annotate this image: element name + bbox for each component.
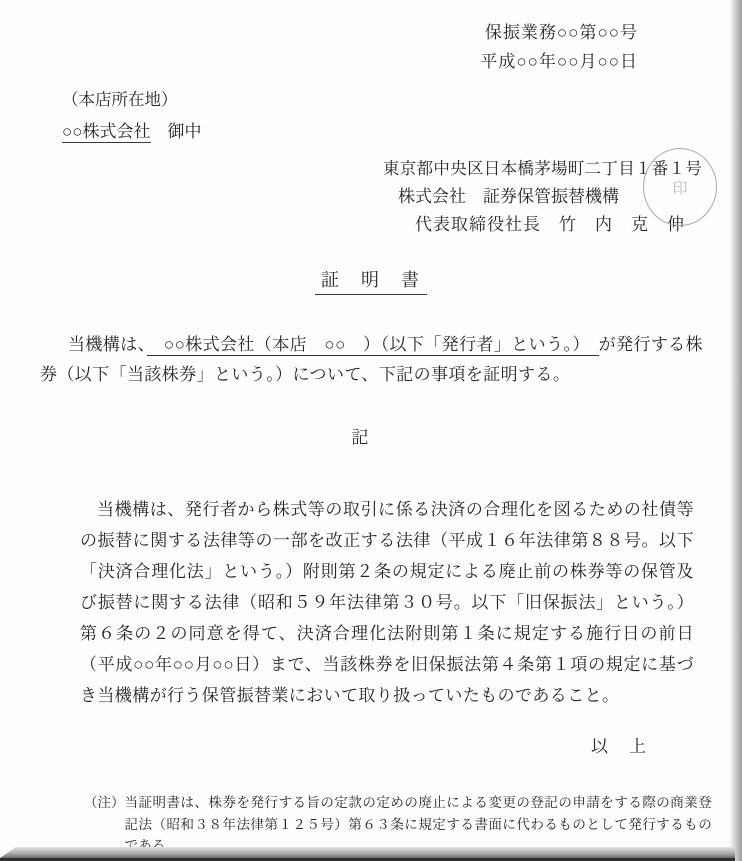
certification-body: 当機構は、発行者から株式等の取引に係る決済の合理化を図るための社債等の振替に関す… — [80, 494, 694, 711]
addressee-name-line: ○○株式会社 御中 — [62, 117, 202, 142]
addressee-location-label: （本店所在地） — [62, 86, 202, 114]
intro-prefix: 当機構は、 — [68, 335, 147, 354]
closing-text: 以 上 — [591, 737, 648, 756]
record-heading-row: 記 — [40, 423, 680, 448]
footnote-block: （注） 当証明書は、株券を発行する旨の定款の定めの廃止による変更の登記の申請をす… — [84, 792, 712, 857]
certification-body-text: 当機構は、発行者から株式等の取引に係る決済の合理化を図るための社債等の振替に関す… — [80, 494, 694, 711]
document-title-row: 証 明 書 — [0, 266, 742, 292]
intro-issuer-underlined: ○○株式会社（本店 ○○ ）（以下「発行者」という。） — [147, 335, 599, 356]
scanned-certificate-document: { "header": { "doc_number": "保振業務○○第○○号"… — [0, 0, 742, 861]
addressee-name: ○○株式会社 — [62, 122, 151, 143]
document-header: 保振業務○○第○○号 平成○○年○○月○○日 — [480, 18, 638, 76]
closing-row: 以 上 — [0, 732, 742, 757]
intro-paragraph: 当機構は、 ○○株式会社（本店 ○○ ）（以下「発行者」という。） が発行する株… — [40, 330, 704, 390]
document-title: 証 明 書 — [315, 270, 427, 295]
document-date: 平成○○年○○月○○日 — [480, 47, 638, 76]
seal-character: 印 — [672, 177, 687, 198]
record-heading: 記 — [352, 428, 369, 447]
company-seal-stamp: 印 — [643, 148, 717, 226]
footnote-label: （注） — [84, 792, 125, 857]
intro-text: 当機構は、 ○○株式会社（本店 ○○ ）（以下「発行者」という。） が発行する株… — [40, 330, 704, 390]
addressee-honorific: 御中 — [168, 122, 202, 141]
document-number: 保振業務○○第○○号 — [480, 18, 638, 47]
footnote-text: 当証明書は、株券を発行する旨の定款の定めの廃止による変更の登記の申請をする際の商… — [125, 792, 713, 857]
addressee-block: （本店所在地） ○○株式会社 御中 — [62, 86, 202, 142]
